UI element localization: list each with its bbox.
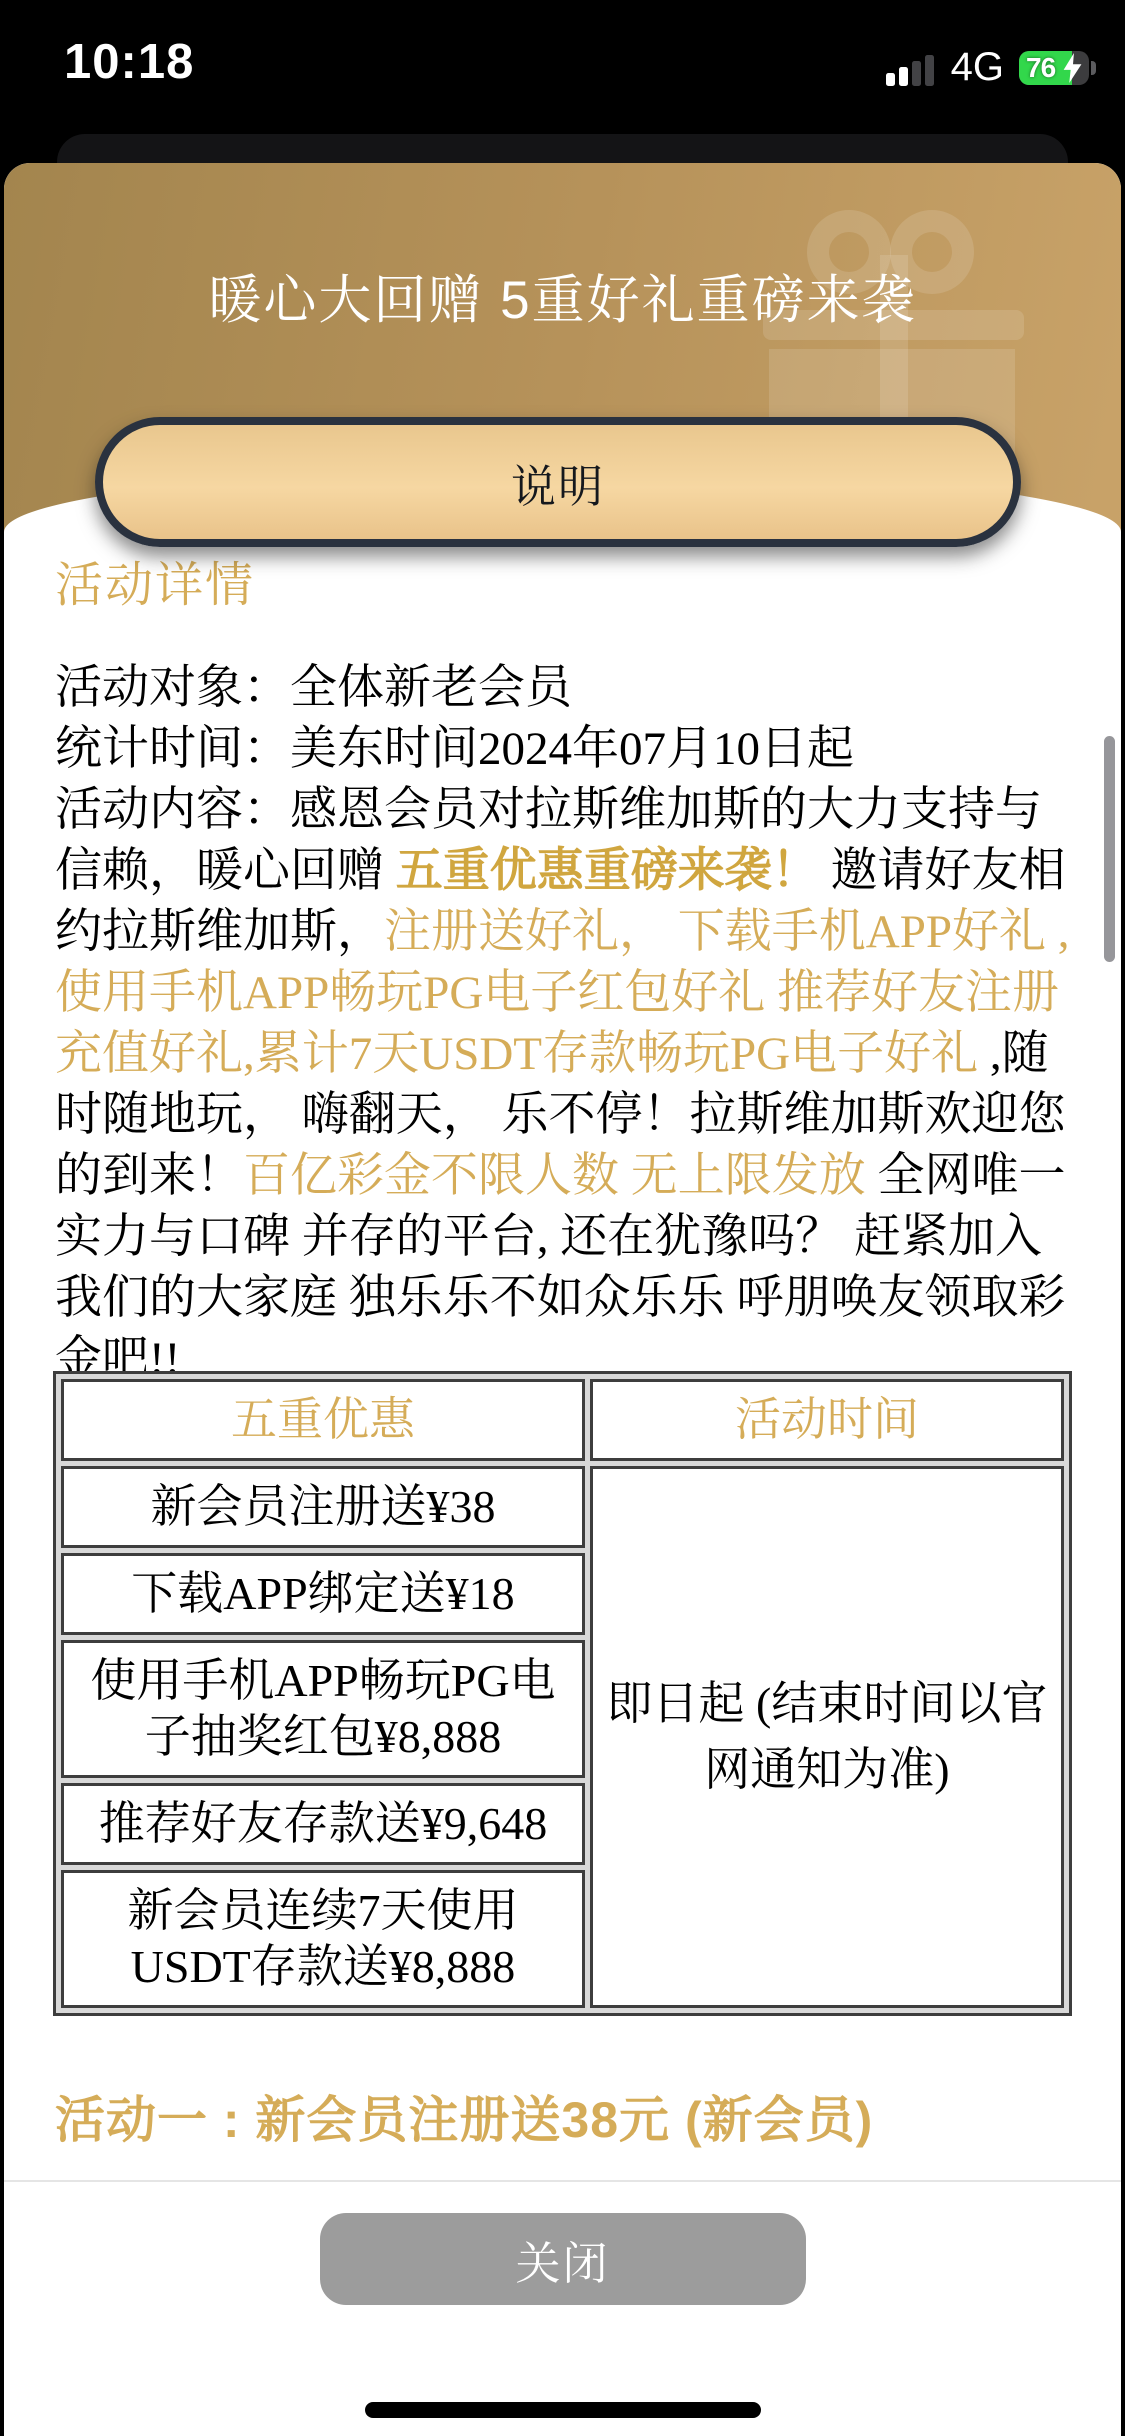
footer-divider <box>4 2180 1121 2182</box>
offer-cell: 新会员连续7天使用USDT存款送¥8,888 <box>61 1870 585 2008</box>
modal-title: 暖心大回赠 5重好礼重磅来袭 <box>4 258 1121 334</box>
promo-paragraph: 活动对象：全体新老会员统计时间：美东时间2024年07月10日起活动内容：感恩会… <box>55 658 1070 1390</box>
network-type-label: 4G <box>951 48 1004 86</box>
status-bar-right: 4G 76 <box>886 46 1089 86</box>
home-indicator <box>365 2402 761 2418</box>
screen: 10:18 4G 76 暖心大回赠 5重好礼重磅来袭 <box>0 0 1125 2436</box>
battery-percent: 76 <box>1026 52 1055 84</box>
status-bar-time: 10:18 <box>64 34 194 90</box>
paragraph-segment: 百亿彩金不限人数 无上限发放 <box>243 1150 866 1202</box>
table-row: 新会员注册送¥38即日起 (结束时间以官网通知为准) <box>61 1466 1064 1548</box>
offer-cell: 推荐好友存款送¥9,648 <box>61 1783 585 1865</box>
close-button[interactable]: 关闭 <box>320 2213 806 2305</box>
paragraph-segment: 统计时间：美东时间2024年07月10日起 <box>55 723 854 775</box>
offer-cell: 使用手机APP畅玩PG电子抽奖红包¥8,888 <box>61 1640 585 1778</box>
scrollbar-thumb[interactable] <box>1104 736 1115 962</box>
offer-cell: 新会员注册送¥38 <box>61 1466 585 1548</box>
time-cell: 即日起 (结束时间以官网通知为准) <box>590 1466 1064 2008</box>
promo-modal: 暖心大回赠 5重好礼重磅来袭 活动详情 活动对象：全体新老会员统计时间：美东时间… <box>4 163 1121 2436</box>
paragraph-segment: 活动对象：全体新老会员 <box>55 662 572 714</box>
info-button[interactable]: 说明 <box>95 417 1021 547</box>
battery-cap <box>1091 61 1096 75</box>
section-heading: 活动详情 <box>55 546 255 615</box>
offers-column-header: 五重优惠 <box>61 1379 585 1461</box>
time-column-header: 活动时间 <box>590 1379 1064 1461</box>
paragraph-segment: 五重优惠重磅来袭！ <box>396 845 819 897</box>
battery-icon: 76 <box>1019 51 1089 85</box>
table-header-row: 五重优惠 活动时间 <box>61 1379 1064 1461</box>
promo-table: 五重优惠 活动时间 新会员注册送¥38即日起 (结束时间以官网通知为准)下载AP… <box>53 1371 1072 2016</box>
offer-cell: 下载APP绑定送¥18 <box>61 1553 585 1635</box>
charging-bolt-icon <box>1063 53 1083 83</box>
promo-table-body: 新会员注册送¥38即日起 (结束时间以官网通知为准)下载APP绑定送¥18使用手… <box>61 1466 1064 2008</box>
signal-strength-icon <box>886 53 936 86</box>
content-sheet: 活动详情 活动对象：全体新老会员统计时间：美东时间2024年07月10日起活动内… <box>4 468 1121 2436</box>
activity-heading: 活动一 : 新会员注册送38元 (新会员) <box>55 2080 873 2152</box>
